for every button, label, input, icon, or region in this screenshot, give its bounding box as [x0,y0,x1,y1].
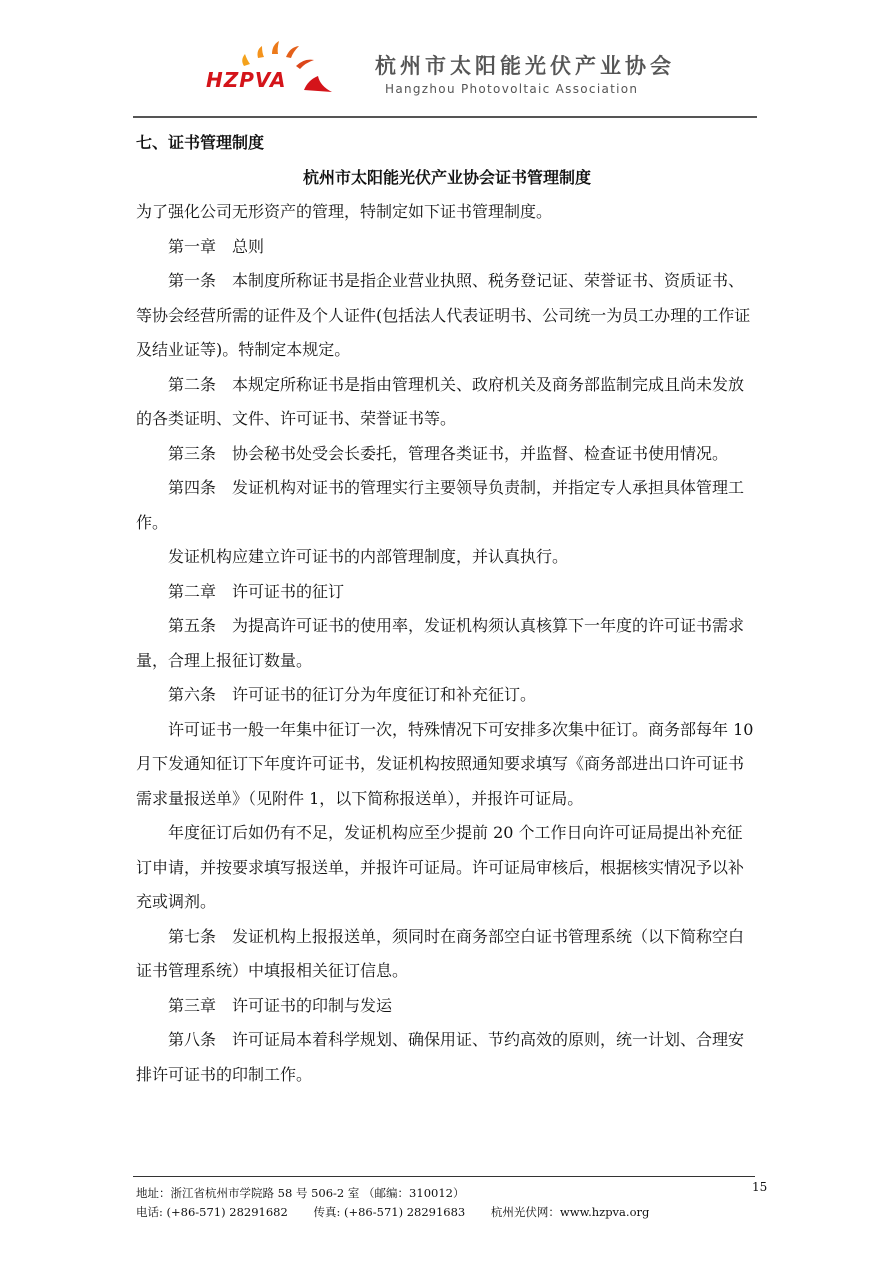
footer-address: 地址：浙江省杭州市学院路 58 号 506-2 室 （邮编：310012） [136,1184,649,1203]
body-paragraph: 年度征订后如仍有不足，发证机构应至少提前 20 个工作日向许可证局提出补充征订申… [136,816,758,920]
page-number: 15 [752,1180,767,1194]
body-paragraph: 许可证书一般一年集中征订一次，特殊情况下可安排多次集中征订。商务部每年 10 月… [136,713,758,817]
article-paragraph: 第一条 本制度所称证书是指企业营业执照、税务登记证、荣誉证书、资质证书、等协会经… [136,264,758,368]
chapter-heading: 第三章 许可证书的印制与发运 [136,989,758,1024]
page-header: HZPVA 杭州市太阳能光伏产业协会 Hangzhou Photovoltaic… [0,0,892,120]
body-paragraph: 发证机构应建立许可证书的内部管理制度，并认真执行。 [136,540,758,575]
section-heading: 七、证书管理制度 [136,126,758,161]
hzpva-logo: HZPVA [200,38,335,98]
article-paragraph: 第四条 发证机构对证书的管理实行主要领导负责制，并指定专人承担具体管理工作。 [136,471,758,540]
page-footer: 地址：浙江省杭州市学院路 58 号 506-2 室 （邮编：310012） 电话… [136,1184,649,1222]
article-paragraph: 第五条 为提高许可证书的使用率，发证机构须认真核算下一年度的许可证书需求量，合理… [136,609,758,678]
article-paragraph: 第七条 发证机构上报报送单，须同时在商务部空白证书管理系统（以下简称空白证书管理… [136,920,758,989]
footer-website[interactable]: 杭州光伏网：www.hzpva.org [491,1205,649,1219]
footer-fax: 传真: (+86-571) 28291683 [313,1205,465,1219]
header-divider [133,116,757,118]
footer-phone: 电话: (+86-571) 28291682 [136,1205,288,1219]
org-name-cn: 杭州市太阳能光伏产业协会 [375,50,675,80]
article-paragraph: 第六条 许可证书的征订分为年度征订和补充征订。 [136,678,758,713]
chapter-heading: 第一章 总则 [136,230,758,265]
logo-text: HZPVA [206,68,287,92]
document-body: 七、证书管理制度 杭州市太阳能光伏产业协会证书管理制度 为了强化公司无形资产的管… [136,126,758,1092]
article-paragraph: 第八条 许可证局本着科学规划、确保用证、节约高效的原则，统一计划、合理安排许可证… [136,1023,758,1092]
article-paragraph: 第三条 协会秘书处受会长委托，管理各类证书，并监督、检查证书使用情况。 [136,437,758,472]
chapter-heading: 第二章 许可证书的征订 [136,575,758,610]
footer-divider [133,1176,755,1177]
footer-contact: 电话: (+86-571) 28291682 传真: (+86-571) 282… [136,1203,649,1222]
intro-paragraph: 为了强化公司无形资产的管理，特制定如下证书管理制度。 [136,195,758,230]
document-title: 杭州市太阳能光伏产业协会证书管理制度 [136,161,758,196]
article-paragraph: 第二条 本规定所称证书是指由管理机关、政府机关及商务部监制完成且尚未发放的各类证… [136,368,758,437]
org-name-en: Hangzhou Photovoltaic Association [385,82,638,96]
